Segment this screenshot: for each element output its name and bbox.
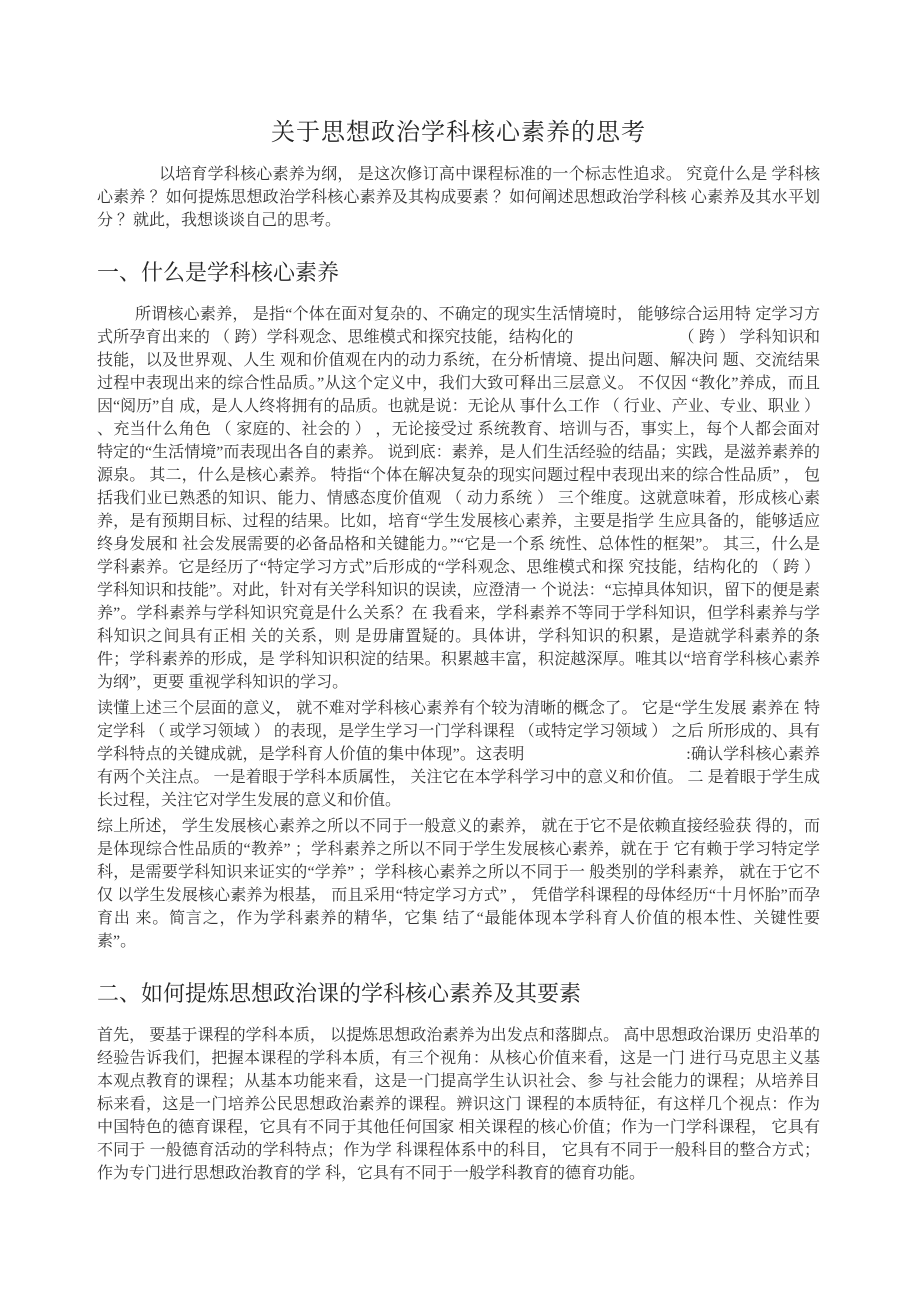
section1-paragraph-3: 综上所述， 学生发展核心素养之所以不同于一般意义的素养， 就在于它不是依赖直接经… — [97, 815, 820, 953]
intro-paragraph: 以培育学科核心素养为纲， 是这次修订高中课程标准的一个标志性追求。 究竟什么是 … — [97, 163, 820, 232]
section1-heading: 一、什么是学科核心素养 — [97, 256, 820, 287]
document-title: 关于思想政治学科核心素养的思考 — [97, 112, 820, 147]
document-page: 关于思想政治学科核心素养的思考 以培育学科核心素养为纲， 是这次修订高中课程标准… — [0, 0, 920, 1303]
section2-paragraph-1: 首先， 要基于课程的学科本质， 以提炼思想政治素养为出发点和落脚点。 高中思想政… — [97, 1024, 820, 1185]
section2-heading: 二、如何提炼思想政治课的学科核心素养及其要素 — [97, 977, 820, 1008]
section1-paragraph-2: 读懂上述三个层面的意义， 就不难对学科核心素养有个较为清晰的概念了。 它是“学生… — [97, 697, 820, 812]
section1-paragraph-1: 所谓核心素养， 是指“个体在面对复杂的、不确定的现实生活情境时， 能够综合运用特… — [97, 303, 820, 694]
